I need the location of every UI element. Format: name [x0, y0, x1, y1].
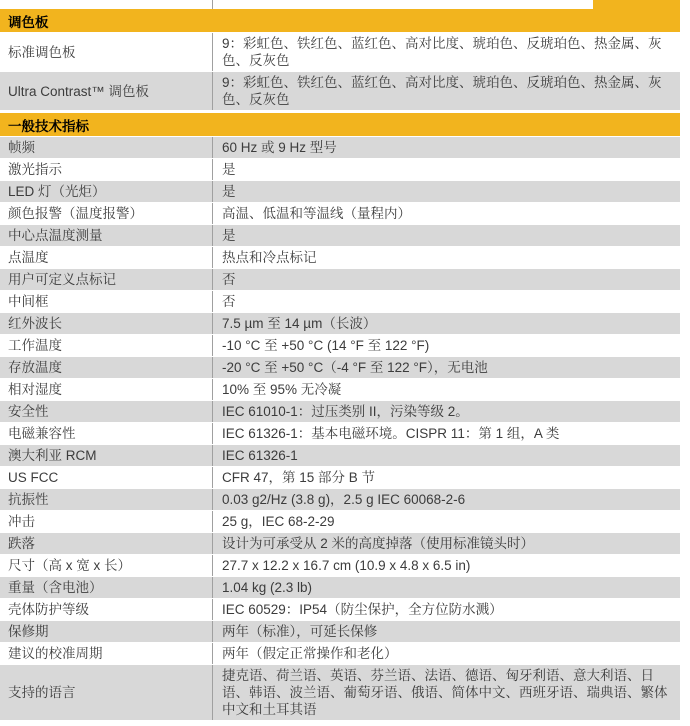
- spec-row: 壳体防护等级IEC 60529：IP54（防尘保护，全方位防水溅）: [0, 598, 680, 620]
- spec-value: -20 °C 至 +50 °C（-4 °F 至 122 °F），无电池: [212, 357, 680, 378]
- section-header: 调色板: [0, 9, 680, 32]
- previous-table-remnant: [0, 0, 680, 9]
- spec-value: 0.03 g2/Hz (3.8 g)，2.5 g IEC 60068-2-6: [212, 489, 680, 510]
- spec-value: -10 °C 至 +50 °C (14 °F 至 122 °F): [212, 335, 680, 356]
- spec-row: LED 灯（光炬）是: [0, 180, 680, 202]
- spec-label: 澳大利亚 RCM: [0, 445, 212, 466]
- spec-row: 支持的语言捷克语、荷兰语、英语、芬兰语、法语、德语、匈牙利语、意大利语、日语、韩…: [0, 664, 680, 720]
- spec-value: 高温、低温和等温线（量程内）: [212, 203, 680, 224]
- spec-row: 冲击25 g，IEC 68-2-29: [0, 510, 680, 532]
- spec-row: 跌落设计为可承受从 2 米的高度掉落（使用标准镜头时）: [0, 532, 680, 554]
- spec-value: 热点和冷点标记: [212, 247, 680, 268]
- spec-value: 捷克语、荷兰语、英语、芬兰语、法语、德语、匈牙利语、意大利语、日语、韩语、波兰语…: [212, 665, 680, 720]
- spec-value: 1.04 kg (2.3 lb): [212, 577, 680, 598]
- spec-value: 27.7 x 12.2 x 16.7 cm (10.9 x 4.8 x 6.5 …: [212, 555, 680, 576]
- spec-row: 抗振性0.03 g2/Hz (3.8 g)，2.5 g IEC 60068-2-…: [0, 488, 680, 510]
- spec-label: 帧频: [0, 137, 212, 158]
- remnant-yellow-bar: [593, 0, 680, 9]
- spec-label: 工作温度: [0, 335, 212, 356]
- spec-value: 60 Hz 或 9 Hz 型号: [212, 137, 680, 158]
- spec-value: 否: [212, 291, 680, 312]
- spec-label: 冲击: [0, 511, 212, 532]
- spec-sheet: 调色板标准调色板9：彩虹色、铁红色、蓝红色、高对比度、琥珀色、反琥珀色、热金属、…: [0, 0, 690, 726]
- spec-label: 电磁兼容性: [0, 423, 212, 444]
- spec-value: 是: [212, 159, 680, 180]
- spec-row: 中间框否: [0, 290, 680, 312]
- spec-row: 激光指示是: [0, 158, 680, 180]
- spec-row: 相对湿度10% 至 95% 无冷凝: [0, 378, 680, 400]
- spec-value: IEC 60529：IP54（防尘保护，全方位防水溅）: [212, 599, 680, 620]
- spec-row: 存放温度-20 °C 至 +50 °C（-4 °F 至 122 °F），无电池: [0, 356, 680, 378]
- spec-label: 重量（含电池）: [0, 577, 212, 598]
- spec-row: 工作温度-10 °C 至 +50 °C (14 °F 至 122 °F): [0, 334, 680, 356]
- spec-value: IEC 61326-1: [212, 445, 680, 466]
- spec-row: 电磁兼容性IEC 61326-1：基本电磁环境。CISPR 11：第 1 组，A…: [0, 422, 680, 444]
- spec-label: 颜色报警（温度报警）: [0, 203, 212, 224]
- spec-table: 调色板标准调色板9：彩虹色、铁红色、蓝红色、高对比度、琥珀色、反琥珀色、热金属、…: [0, 9, 680, 720]
- spec-value: 否: [212, 269, 680, 290]
- spec-value: 10% 至 95% 无冷凝: [212, 379, 680, 400]
- spec-label: 红外波长: [0, 313, 212, 334]
- spec-value: 是: [212, 181, 680, 202]
- spec-label: 尺寸（高 x 宽 x 长）: [0, 555, 212, 576]
- spec-label: 点温度: [0, 247, 212, 268]
- spec-row: 澳大利亚 RCMIEC 61326-1: [0, 444, 680, 466]
- spec-label: 中间框: [0, 291, 212, 312]
- spec-value: 9：彩虹色、铁红色、蓝红色、高对比度、琥珀色、反琥珀色、热金属、灰色、反灰色: [212, 33, 680, 71]
- spec-label: 建议的校准周期: [0, 643, 212, 664]
- spec-label: 安全性: [0, 401, 212, 422]
- spec-label: US FCC: [0, 467, 212, 488]
- spec-row: Ultra Contrast™ 调色板9：彩虹色、铁红色、蓝红色、高对比度、琥珀…: [0, 71, 680, 110]
- spec-row: 点温度热点和冷点标记: [0, 246, 680, 268]
- spec-row: 用户可定义点标记否: [0, 268, 680, 290]
- spec-row: 建议的校准周期两年（假定正常操作和老化）: [0, 642, 680, 664]
- section-header: 一般技术指标: [0, 113, 680, 136]
- spec-row: 红外波长7.5 µm 至 14 µm（长波）: [0, 312, 680, 334]
- spec-value: 7.5 µm 至 14 µm（长波）: [212, 313, 680, 334]
- spec-section: 一般技术指标帧频60 Hz 或 9 Hz 型号激光指示是LED 灯（光炬）是颜色…: [0, 113, 680, 720]
- spec-value: 9：彩虹色、铁红色、蓝红色、高对比度、琥珀色、反琥珀色、热金属、灰色、反灰色: [212, 72, 680, 110]
- spec-value: IEC 61010-1：过压类别 II，污染等级 2。: [212, 401, 680, 422]
- spec-value: 是: [212, 225, 680, 246]
- spec-label: 支持的语言: [0, 665, 212, 720]
- spec-label: 壳体防护等级: [0, 599, 212, 620]
- spec-label: Ultra Contrast™ 调色板: [0, 72, 212, 110]
- spec-value: 两年（假定正常操作和老化）: [212, 643, 680, 664]
- spec-row: 标准调色板9：彩虹色、铁红色、蓝红色、高对比度、琥珀色、反琥珀色、热金属、灰色、…: [0, 32, 680, 71]
- spec-label: 相对湿度: [0, 379, 212, 400]
- spec-value: IEC 61326-1：基本电磁环境。CISPR 11：第 1 组，A 类: [212, 423, 680, 444]
- spec-label: 标准调色板: [0, 33, 212, 71]
- spec-row: 帧频60 Hz 或 9 Hz 型号: [0, 136, 680, 158]
- spec-label: 中心点温度测量: [0, 225, 212, 246]
- spec-label: LED 灯（光炬）: [0, 181, 212, 202]
- remnant-column-divider: [212, 0, 213, 9]
- spec-label: 用户可定义点标记: [0, 269, 212, 290]
- spec-label: 激光指示: [0, 159, 212, 180]
- spec-value: CFR 47，第 15 部分 B 节: [212, 467, 680, 488]
- spec-row: 重量（含电池）1.04 kg (2.3 lb): [0, 576, 680, 598]
- spec-value: 25 g，IEC 68-2-29: [212, 511, 680, 532]
- spec-row: 安全性IEC 61010-1：过压类别 II，污染等级 2。: [0, 400, 680, 422]
- spec-value: 两年（标准），可延长保修: [212, 621, 680, 642]
- spec-label: 保修期: [0, 621, 212, 642]
- spec-label: 抗振性: [0, 489, 212, 510]
- spec-row: 保修期两年（标准），可延长保修: [0, 620, 680, 642]
- spec-row: 颜色报警（温度报警）高温、低温和等温线（量程内）: [0, 202, 680, 224]
- spec-row: 尺寸（高 x 宽 x 长）27.7 x 12.2 x 16.7 cm (10.9…: [0, 554, 680, 576]
- spec-value: 设计为可承受从 2 米的高度掉落（使用标准镜头时）: [212, 533, 680, 554]
- spec-row: US FCCCFR 47，第 15 部分 B 节: [0, 466, 680, 488]
- spec-section: 调色板标准调色板9：彩虹色、铁红色、蓝红色、高对比度、琥珀色、反琥珀色、热金属、…: [0, 9, 680, 110]
- spec-label: 跌落: [0, 533, 212, 554]
- spec-row: 中心点温度测量是: [0, 224, 680, 246]
- spec-label: 存放温度: [0, 357, 212, 378]
